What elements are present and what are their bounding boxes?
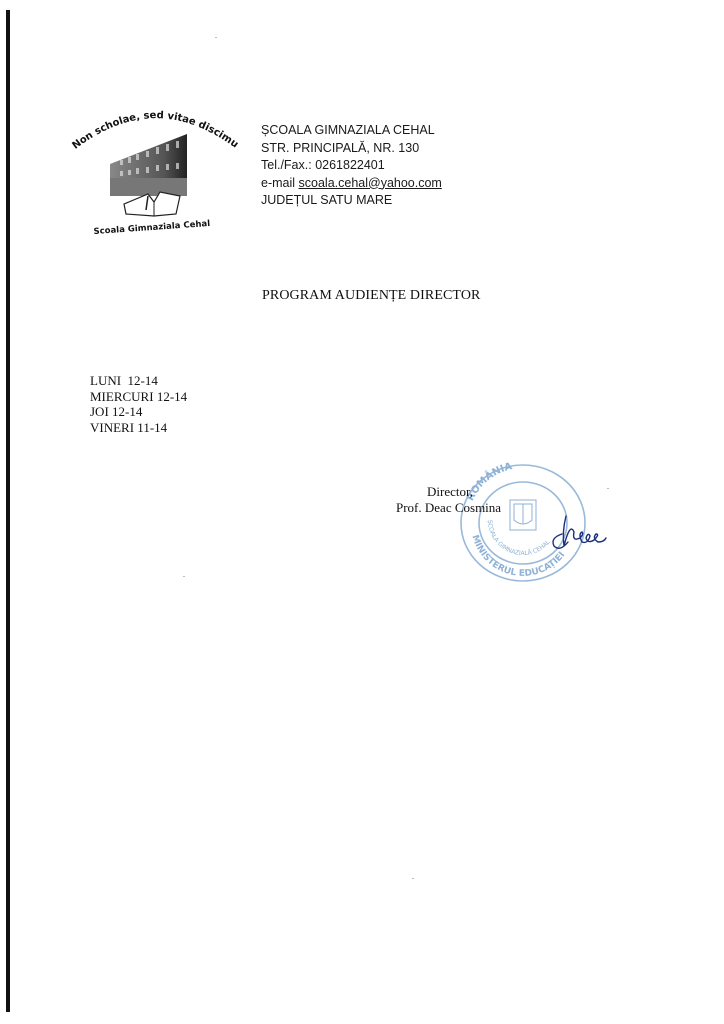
schedule-item: JOI 12-14: [90, 404, 187, 420]
coat-of-arms-icon: [510, 500, 536, 530]
handwritten-signature: [548, 512, 610, 552]
school-name: ȘCOALA GIMNAZIALA CEHAL: [261, 122, 442, 140]
scan-edge-bar: [6, 10, 10, 1012]
email-link[interactable]: scoala.cehal@yahoo.com: [299, 176, 442, 190]
schedule-list: LUNI 12-14 MIERCURI 12-14 JOI 12-14 VINE…: [90, 373, 187, 435]
school-header: ȘCOALA GIMNAZIALA CEHAL STR. PRINCIPALĂ,…: [261, 122, 442, 210]
school-logo: Non scholae, sed vitae discimus Scoala G…: [62, 92, 242, 240]
schedule-item: VINERI 11-14: [90, 420, 187, 436]
school-email: e-mail scoala.cehal@yahoo.com: [261, 175, 442, 193]
building-image: [110, 134, 187, 196]
schedule-item: MIERCURI 12-14: [90, 389, 187, 405]
svg-text:ȘCOALA GIMNAZIALĂ CEHAL: ȘCOALA GIMNAZIALĂ CEHAL: [486, 520, 552, 557]
signature-role: Director,: [427, 484, 473, 500]
svg-text:Scoala Gimnaziala Cehal: Scoala Gimnaziala Cehal: [93, 219, 210, 237]
schedule-item: LUNI 12-14: [90, 373, 187, 389]
page-title: PROGRAM AUDIENȚE DIRECTOR: [262, 288, 480, 304]
signature-name: Prof. Deac Cosmina: [396, 500, 501, 516]
scan-speck: [183, 576, 185, 577]
svg-text:Non scholae, sed vitae discimu: Non scholae, sed vitae discimus: [62, 92, 240, 152]
scan-speck: [215, 37, 217, 38]
scan-speck: [412, 878, 414, 879]
school-address: STR. PRINCIPALĂ, NR. 130: [261, 140, 442, 158]
school-phone: Tel./Fax.: 0261822401: [261, 157, 442, 175]
scan-speck: [607, 488, 609, 489]
school-county: JUDEȚUL SATU MARE: [261, 192, 442, 210]
